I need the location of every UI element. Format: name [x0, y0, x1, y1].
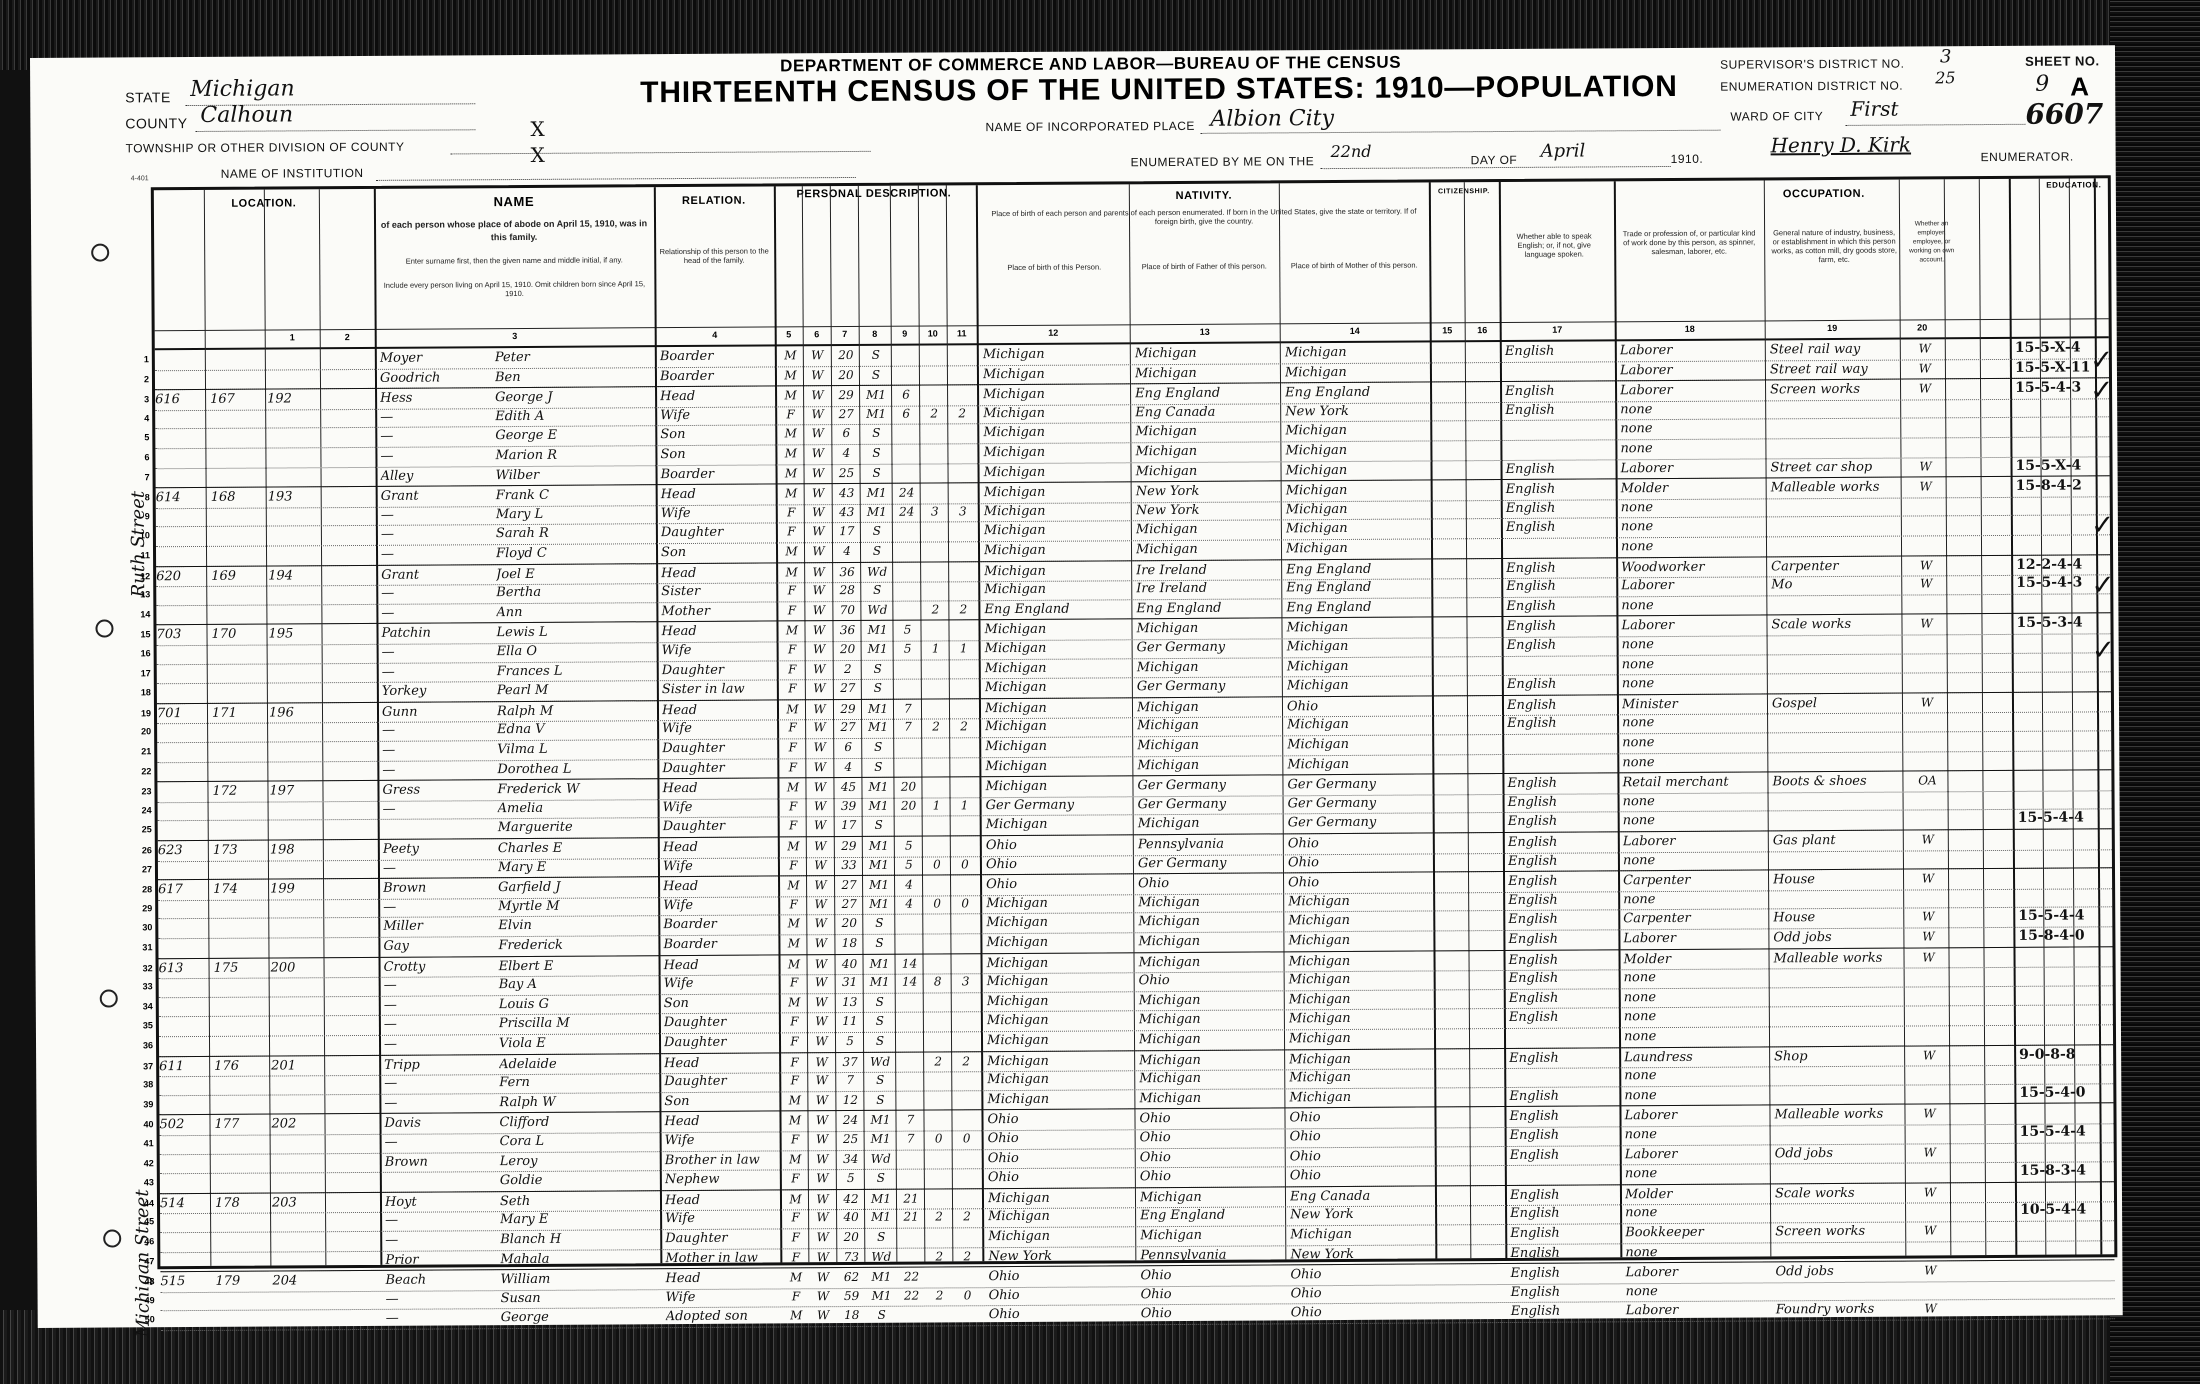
tally-codes-cell — [2015, 417, 2095, 437]
children-born-cell — [921, 386, 947, 406]
children-born-cell — [926, 1169, 952, 1189]
children-living-cell — [951, 678, 977, 698]
race-cell: W — [808, 914, 833, 934]
children-living-cell — [954, 1189, 980, 1209]
years-married-cell — [893, 424, 919, 444]
tally-codes-cell: 15-8-4-2 — [2016, 477, 2096, 497]
language-cell: English — [1506, 480, 1614, 500]
given-name-cell: Floyd C — [496, 543, 651, 564]
language-cell: English — [1509, 1107, 1617, 1127]
father-birthplace-cell: Ohio — [1140, 1147, 1285, 1167]
family-number-cell: 200 — [271, 958, 326, 978]
employer-status-cell — [1909, 1064, 1949, 1084]
children-born-cell: 2 — [926, 1208, 952, 1228]
header-trade: Trade or profession of, or particular ki… — [1619, 228, 1759, 256]
race-cell: W — [807, 719, 832, 739]
family-number-cell — [268, 545, 323, 565]
marital-status-cell: M1 — [861, 386, 891, 406]
marital-status-cell: M1 — [866, 1208, 896, 1228]
employer-status-cell: W — [1906, 615, 1946, 635]
sex-cell: M — [778, 366, 803, 386]
given-name-cell: Adelaide — [499, 1054, 654, 1075]
age-cell: 13 — [837, 993, 863, 1013]
age-cell: 24 — [837, 1111, 863, 1131]
birthplace-cell: Michigan — [987, 1051, 1132, 1071]
father-birthplace-cell: Michigan — [1135, 461, 1280, 481]
tally-codes-cell: 12-2-4-4 — [2016, 555, 2096, 575]
employer-status-cell: W — [1911, 1300, 1951, 1320]
industry-cell — [1773, 810, 1903, 830]
surname-cell: — — [381, 505, 491, 525]
mother-birthplace-cell: Ger Germany — [1287, 775, 1432, 795]
line-number: 34 — [123, 997, 153, 1016]
relation-cell: Boarder — [660, 366, 772, 386]
dwelling-number-cell — [214, 1036, 269, 1056]
dwelling-number-cell: 172 — [212, 782, 267, 802]
day-of-label: day of — [1471, 153, 1518, 167]
line-number: 43 — [124, 1173, 154, 1192]
birthplace-cell: Michigan — [984, 620, 1129, 640]
census-table: LOCATION. NAME of each person whose plac… — [151, 175, 2118, 1269]
relation-cell: Head — [665, 1190, 777, 1210]
children-living-cell: 3 — [950, 502, 976, 522]
birthplace-cell: Ohio — [988, 1128, 1133, 1148]
mother-birthplace-cell: Michigan — [1287, 754, 1432, 774]
race-cell: W — [806, 581, 831, 601]
children-born-cell — [925, 1031, 951, 1051]
industry-cell — [1772, 653, 1902, 673]
marital-status-cell: S — [862, 581, 892, 601]
children-living-cell: 1 — [951, 639, 977, 659]
employer-status-cell: W — [1905, 339, 1945, 359]
children-born-cell — [925, 992, 951, 1012]
language-cell: English — [1506, 518, 1614, 538]
family-number-cell — [273, 1290, 328, 1310]
race-cell: W — [806, 523, 831, 543]
surname-cell: Grant — [381, 565, 491, 585]
age-cell: 39 — [836, 797, 862, 817]
tally-codes-cell — [2017, 652, 2097, 672]
given-name-cell: Frances L — [497, 661, 652, 682]
mother-birthplace-cell: Michigan — [1288, 911, 1433, 931]
binder-hole — [103, 1229, 121, 1247]
surname-cell: — — [382, 642, 492, 662]
children-living-cell: 2 — [954, 1247, 980, 1267]
age-cell: 73 — [838, 1248, 864, 1268]
family-number-cell — [270, 820, 325, 840]
marital-status-cell: M1 — [865, 973, 895, 993]
enumerated-day: 22nd — [1331, 142, 1372, 161]
language-cell: English — [1505, 382, 1613, 402]
family-number-cell — [268, 467, 323, 487]
father-birthplace-cell: Eng England — [1135, 384, 1280, 404]
sex-cell: F — [783, 1169, 808, 1189]
street-number-cell — [155, 370, 205, 390]
father-birthplace-cell: Michigan — [1139, 1010, 1284, 1030]
age-cell: 20 — [833, 366, 859, 386]
surname-cell: — — [385, 1230, 495, 1250]
children-living-cell — [950, 522, 976, 542]
children-living-cell — [950, 621, 976, 641]
header-nativity-desc: Place of birth of each person and parent… — [984, 206, 1424, 227]
employer-status-cell: W — [1906, 556, 1946, 576]
marital-status-cell: M1 — [864, 895, 894, 915]
census-sheet: State Michigan County Calhoun Township o… — [30, 45, 2123, 1328]
surname-cell: Hoyt — [385, 1192, 495, 1212]
language-cell: English — [1509, 1086, 1617, 1106]
relation-cell: Daughter — [664, 1013, 776, 1033]
trade-cell: none — [1622, 634, 1767, 654]
family-number-cell — [267, 349, 322, 369]
tally-codes-cell — [2018, 869, 2098, 889]
street-number-cell — [160, 1212, 210, 1232]
race-cell: W — [807, 640, 832, 660]
family-number-cell: 198 — [270, 840, 325, 860]
trade-cell: Laborer — [1623, 928, 1768, 948]
relation-cell: Wife — [660, 405, 772, 425]
children-born-cell — [923, 737, 949, 757]
line-number: 15 — [120, 626, 150, 645]
relation-cell: Mother in law — [665, 1248, 777, 1268]
surname-cell: — — [384, 1015, 494, 1035]
dwelling-number-cell: 174 — [213, 880, 268, 900]
trade-cell: Retail merchant — [1622, 773, 1767, 793]
father-birthplace-cell: Pennsylvania — [1140, 1245, 1285, 1265]
children-living-cell: 1 — [952, 796, 978, 816]
surname-cell: — — [382, 760, 492, 780]
marital-status-cell: M1 — [865, 1111, 895, 1131]
date-line — [1321, 166, 1671, 169]
enumerator-signature: Henry D. Kirk — [1770, 133, 1911, 158]
employer-status-cell — [1907, 633, 1947, 653]
children-born-cell — [921, 345, 947, 365]
children-living-cell — [954, 1267, 980, 1287]
trade-cell: none — [1622, 713, 1767, 733]
industry-cell: Steel rail way — [1770, 340, 1900, 360]
years-married-cell: 21 — [898, 1189, 924, 1209]
col-number: 3 — [375, 330, 655, 342]
language-cell: English — [1511, 1282, 1619, 1302]
col-number: 1 — [265, 332, 320, 342]
industry-cell: Gas plant — [1773, 831, 1903, 851]
employer-status-cell: W — [1909, 1046, 1949, 1066]
surname-cell: Goodrich — [380, 368, 490, 388]
header-occupation: OCCUPATION. — [1614, 187, 2034, 202]
birthplace-cell: Michigan — [985, 776, 1130, 796]
children-born-cell — [922, 484, 948, 504]
mother-birthplace-cell: Michigan — [1289, 1028, 1434, 1048]
father-birthplace-cell: Ohio — [1140, 1266, 1285, 1286]
mother-birthplace-cell: Ohio — [1288, 833, 1433, 853]
given-name-cell: Lewis L — [496, 623, 651, 644]
mother-birthplace-cell: Michigan — [1288, 891, 1433, 911]
mother-birthplace-cell: Michigan — [1287, 656, 1432, 676]
birthplace-cell: Ohio — [986, 874, 1131, 894]
birthplace-cell: Michigan — [983, 423, 1128, 443]
industry-cell: Screen works — [1770, 380, 1900, 400]
surname-cell — [383, 819, 493, 839]
header-birth-mother: Place of birth of Mother of this person. — [1284, 260, 1424, 270]
industry-cell — [1772, 712, 1902, 732]
birthplace-cell: Michigan — [986, 815, 1131, 835]
industry-cell — [1775, 1202, 1905, 1222]
birthplace-cell: Ohio — [988, 1167, 1133, 1187]
employer-status-cell: W — [1906, 574, 1946, 594]
township-label: Township or other division of county — [126, 140, 405, 156]
dwelling-number-cell — [211, 526, 266, 546]
line-number: 25 — [122, 821, 152, 840]
employer-status-cell: W — [1909, 1105, 1949, 1125]
birthplace-cell: Michigan — [987, 1089, 1132, 1109]
header-name: NAME — [374, 193, 654, 210]
col-number: 19 — [1765, 323, 1900, 334]
race-cell: W — [806, 503, 831, 523]
surname-cell: Beach — [385, 1270, 495, 1290]
line-number: 40 — [123, 1116, 153, 1135]
ward-line — [1845, 124, 2025, 126]
children-living-cell — [955, 1306, 981, 1326]
industry-cell: Boots & shoes — [1772, 772, 1902, 792]
age-cell: 18 — [836, 934, 862, 954]
employer-status-cell — [1909, 1025, 1949, 1045]
children-born-cell — [922, 581, 948, 601]
family-number-cell: 194 — [268, 566, 323, 586]
age-cell: 17 — [836, 816, 862, 836]
mother-birthplace-cell: Michigan — [1285, 342, 1430, 362]
language-cell: English — [1509, 988, 1617, 1008]
years-married-cell — [895, 659, 921, 679]
relation-cell: Head — [661, 622, 773, 642]
language-cell: English — [1508, 890, 1616, 910]
header-employer: Whether an employer, employee, or workin… — [1904, 219, 1959, 264]
age-cell: 27 — [833, 405, 859, 425]
line-number: 21 — [121, 742, 151, 761]
marital-status-cell: S — [865, 1071, 895, 1091]
sex-cell: M — [778, 444, 803, 464]
binder-hole — [100, 989, 118, 1007]
trade-cell: none — [1621, 595, 1766, 615]
employer-status-cell — [1907, 712, 1947, 732]
relation-cell: Head — [661, 485, 773, 505]
surname-cell: Peety — [383, 839, 493, 859]
dwelling-number-cell — [213, 938, 268, 958]
given-name-cell: Marguerite — [498, 818, 653, 839]
given-name-cell: Bay A — [499, 974, 654, 995]
children-born-cell — [924, 816, 950, 836]
children-living-cell — [950, 541, 976, 561]
col-number: 18 — [1615, 323, 1765, 334]
marital-status-cell: Wd — [866, 1149, 896, 1169]
given-name-cell: Ann — [496, 602, 651, 623]
age-cell: 28 — [834, 581, 860, 601]
given-name-cell: Ben — [495, 367, 650, 388]
industry-cell — [1776, 1280, 1906, 1300]
race-cell: W — [805, 464, 830, 484]
surname-cell: Grant — [381, 486, 491, 506]
marital-status-cell: M1 — [864, 954, 894, 974]
mother-birthplace-cell: Eng Canada — [1290, 1186, 1435, 1206]
tally-codes-cell: 15-5-3-4 — [2016, 614, 2096, 634]
surname-cell: Brown — [385, 1152, 495, 1172]
industry-cell — [1772, 673, 1902, 693]
trade-cell: Molder — [1621, 479, 1766, 499]
father-birthplace-cell: Eng England — [1140, 1206, 1285, 1226]
street-number-cell — [156, 468, 206, 488]
years-married-cell: 5 — [896, 855, 922, 875]
years-married-cell: 21 — [898, 1208, 924, 1228]
surname-cell: — — [384, 995, 494, 1015]
sex-cell: F — [783, 1130, 808, 1150]
years-married-cell — [894, 562, 920, 582]
given-name-cell: Frederick W — [497, 779, 652, 800]
relation-cell: Sister in law — [662, 680, 774, 700]
street-number-cell: 623 — [158, 841, 208, 861]
institution-line — [376, 177, 856, 181]
dwelling-number-cell — [212, 663, 267, 683]
children-living-cell — [953, 1070, 979, 1090]
children-born-cell — [923, 659, 949, 679]
mother-birthplace-cell: Michigan — [1289, 1049, 1434, 1069]
children-living-cell: 0 — [952, 894, 978, 914]
street-number-cell — [157, 742, 207, 762]
dwelling-number-cell — [216, 1310, 271, 1330]
children-living-cell: 3 — [953, 972, 979, 992]
scan-border-right — [2110, 0, 2200, 1384]
sex-cell: M — [779, 542, 804, 562]
surname-cell: Tripp — [384, 1055, 494, 1075]
surname-cell: Gunn — [382, 702, 492, 722]
marital-status-cell: S — [861, 365, 891, 385]
tally-codes-cell — [2021, 1299, 2101, 1319]
race-cell: W — [808, 797, 833, 817]
given-name-cell: Garfield J — [498, 877, 653, 898]
years-married-cell — [894, 542, 920, 562]
children-born-cell — [927, 1306, 953, 1326]
age-cell: 11 — [837, 1012, 863, 1032]
age-cell: 43 — [834, 503, 860, 523]
family-number-cell — [272, 1251, 327, 1271]
line-number: 37 — [123, 1057, 153, 1076]
birthplace-cell: Michigan — [986, 953, 1131, 973]
employer-status-cell: W — [1908, 869, 1948, 889]
years-married-cell: 7 — [895, 699, 921, 719]
tally-codes-cell: 15-5-X-4 — [2015, 338, 2095, 358]
street-number-cell: 703 — [156, 625, 206, 645]
father-birthplace-cell: Michigan — [1136, 619, 1281, 639]
years-married-cell: 22 — [899, 1286, 925, 1306]
employer-status-cell: W — [1905, 379, 1945, 399]
sex-cell: M — [783, 1268, 808, 1288]
ward-value: First — [1850, 97, 1898, 121]
years-married-cell: 24 — [894, 484, 920, 504]
years-married-cell: 5 — [894, 621, 920, 641]
industry-cell: House — [1773, 870, 1903, 890]
language-cell — [1507, 655, 1615, 675]
industry-cell — [1773, 888, 1903, 908]
industry-cell — [1771, 496, 1901, 516]
dwelling-number-cell: 176 — [214, 1056, 269, 1076]
mother-birthplace-cell: New York — [1290, 1205, 1435, 1225]
father-birthplace-cell: Michigan — [1137, 716, 1282, 736]
street-number-cell — [156, 526, 206, 546]
children-born-cell — [924, 876, 950, 896]
father-birthplace-cell: Michigan — [1139, 1069, 1284, 1089]
language-cell — [1507, 733, 1615, 753]
sex-cell: F — [780, 758, 805, 778]
family-number-cell — [270, 859, 325, 879]
father-birthplace-cell: Michigan — [1140, 1225, 1285, 1245]
institution-value: X — [531, 143, 545, 167]
trade-cell: none — [1625, 1124, 1770, 1144]
street-number-cell — [157, 664, 207, 684]
mother-birthplace-cell: Michigan — [1287, 636, 1432, 656]
sex-cell: F — [780, 660, 805, 680]
street-number-cell — [159, 1075, 209, 1095]
race-cell: W — [811, 1306, 836, 1326]
given-name-cell: Leroy — [500, 1151, 655, 1172]
col-number: 8 — [859, 329, 891, 339]
marital-status-cell: S — [861, 463, 891, 483]
industry-cell — [1774, 967, 1904, 987]
surname-cell: — — [384, 1093, 494, 1113]
age-cell: 40 — [838, 1208, 864, 1228]
industry-cell — [1774, 1065, 1904, 1085]
employer-status-cell — [1908, 810, 1948, 830]
age-cell: 4 — [833, 444, 859, 464]
line-number: 7 — [120, 468, 150, 487]
trade-cell: none — [1622, 752, 1767, 772]
language-cell: English — [1508, 812, 1616, 832]
race-cell: W — [810, 1208, 835, 1228]
header-industry: General nature of industry, business, or… — [1769, 228, 1899, 265]
mother-birthplace-cell: Eng England — [1286, 597, 1431, 617]
father-birthplace-cell: Michigan — [1135, 343, 1280, 363]
col-number: 15 — [1430, 325, 1465, 335]
line-number: 30 — [122, 919, 152, 938]
given-name-cell: George E — [495, 426, 650, 447]
years-married-cell — [897, 1071, 923, 1091]
tally-codes-cell: 15-5-4-3 — [2015, 379, 2095, 399]
trade-cell: Laborer — [1624, 1106, 1769, 1126]
dwelling-number-cell — [212, 742, 267, 762]
industry-cell: Street rail way — [1770, 359, 1900, 379]
surname-cell: — — [381, 525, 491, 545]
father-birthplace-cell: Eng England — [1136, 598, 1281, 618]
tally-codes-cell: 15-8-4-0 — [2018, 926, 2098, 946]
sex-cell: F — [781, 797, 806, 817]
col-number: 20 — [1900, 322, 1945, 332]
years-married-cell: 14 — [897, 973, 923, 993]
children-living-cell: 0 — [954, 1129, 980, 1149]
street-number-cell — [157, 683, 207, 703]
birthplace-cell: Michigan — [983, 364, 1128, 384]
age-cell: 36 — [834, 621, 860, 641]
sex-cell: F — [778, 405, 803, 425]
father-birthplace-cell: Eng Canada — [1135, 402, 1280, 422]
birthplace-cell: Ohio — [989, 1305, 1134, 1325]
industry-cell — [1770, 398, 1900, 418]
relation-cell: Daughter — [661, 523, 773, 543]
dwelling-number-cell — [214, 996, 269, 1016]
children-living-cell — [950, 483, 976, 503]
birthplace-cell: Michigan — [984, 561, 1129, 581]
industry-cell — [1770, 438, 1900, 458]
trade-cell: none — [1620, 399, 1765, 419]
age-cell: 20 — [838, 1228, 864, 1248]
line-number: 4 — [119, 409, 149, 428]
children-born-cell — [926, 1189, 952, 1209]
stamp-number: 6607 — [2025, 97, 2103, 130]
